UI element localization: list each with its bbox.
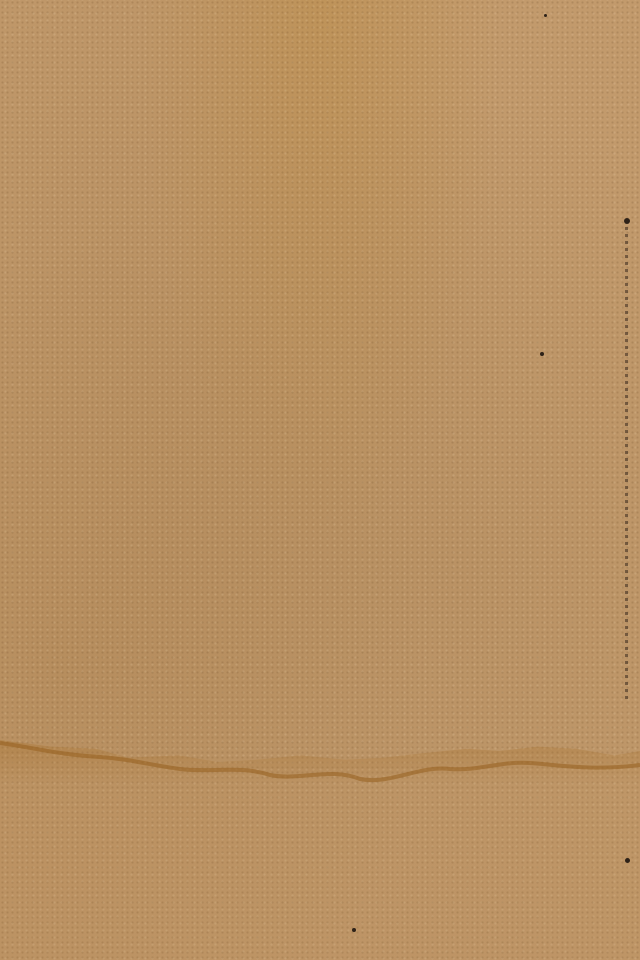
- paper-texture-background: [0, 0, 640, 960]
- ink-spot: [625, 858, 630, 863]
- ink-spot: [540, 352, 544, 356]
- water-stain-edge: [0, 735, 640, 815]
- edge-marks: [625, 220, 628, 700]
- ink-spot: [624, 218, 630, 224]
- ink-spot: [352, 928, 356, 932]
- ink-spot: [544, 14, 547, 17]
